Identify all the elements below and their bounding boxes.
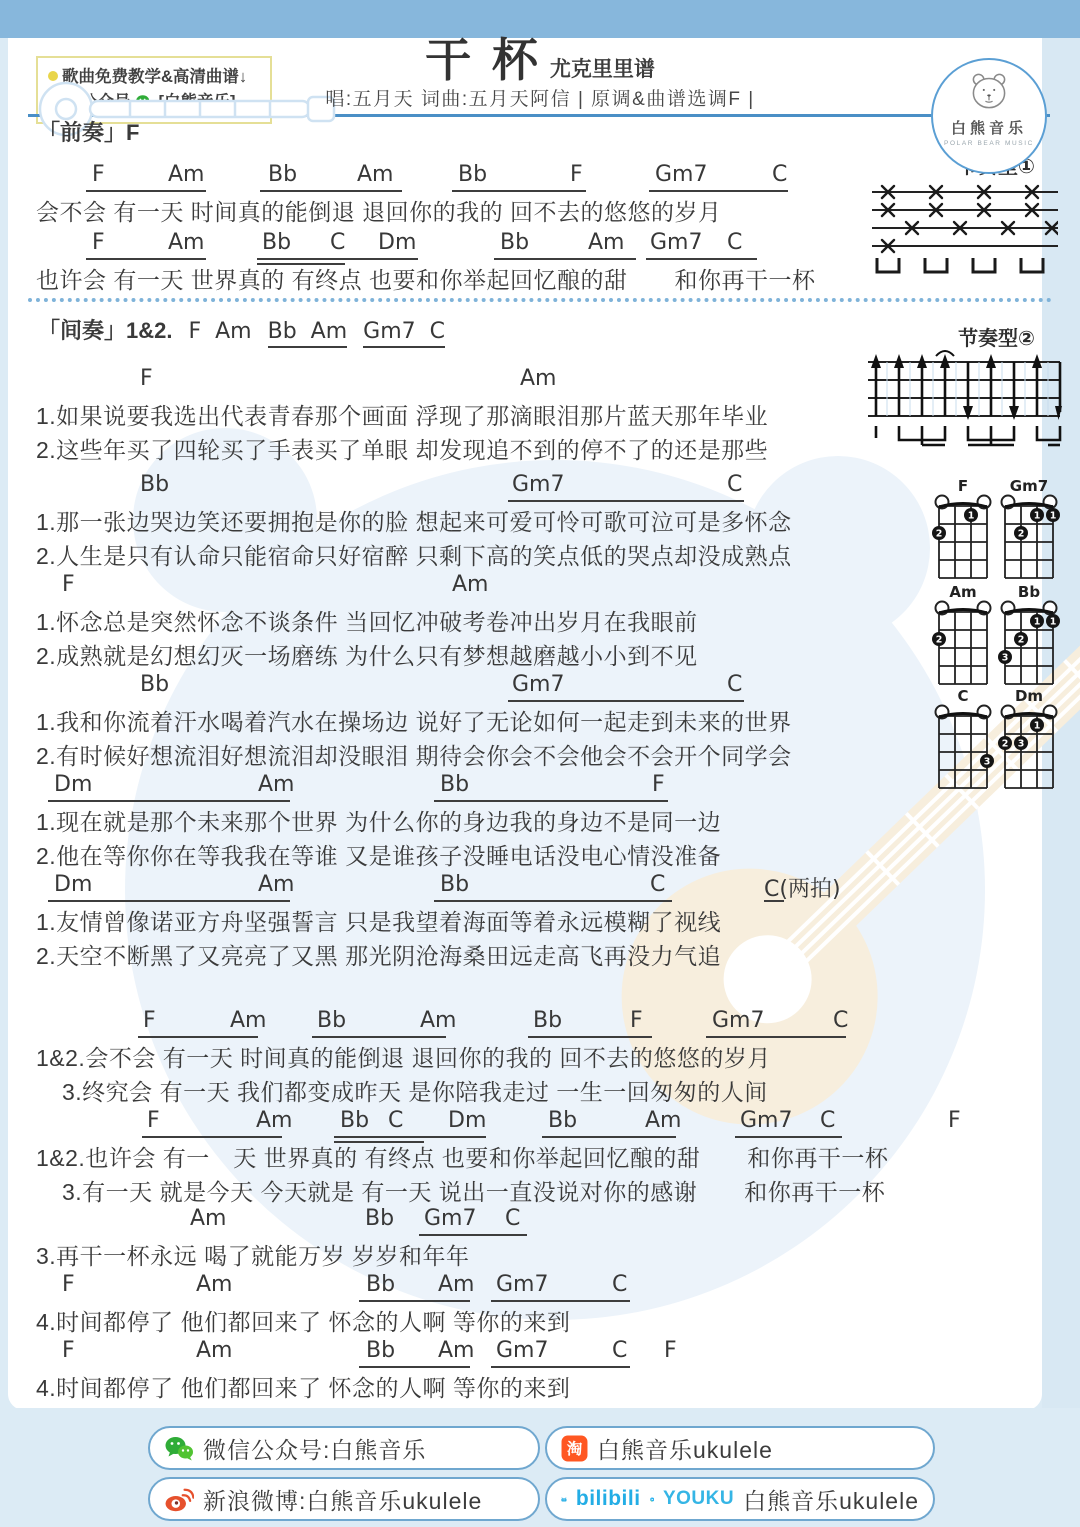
chord-label: F xyxy=(92,162,105,187)
chord-row: FAm xyxy=(0,572,1060,604)
lyric-line: 3.再干一杯永远 喝了就能万岁 岁岁和年年 xyxy=(36,1238,469,1271)
chord-label: Am xyxy=(645,1108,681,1133)
section-divider xyxy=(28,298,1052,302)
chord-row: BbGm7C xyxy=(0,672,1060,704)
chord-label: Gm7 xyxy=(712,1008,764,1033)
lyric-line: 1.那一张边哭边笑还要拥抱是你的脸 想起来可爱可怜可歌可泣可是多怀念 xyxy=(36,504,792,537)
taobao-pill-text: 白熊音乐ukulele xyxy=(597,1432,773,1465)
weibo-icon xyxy=(164,1486,194,1512)
chord-label: Am xyxy=(190,1206,226,1231)
lyric-line: 4.时间都停了 他们都回来了 怀念的人啊 等你的来到 xyxy=(36,1370,570,1403)
taobao-pill: 淘 白熊音乐ukulele xyxy=(545,1426,935,1470)
chord-underline xyxy=(528,1036,652,1038)
lyric-line: 1.我和你流着汗水喝着汽水在操场边 说好了无论如何一起走到未来的世界 xyxy=(36,704,792,737)
chord-underline xyxy=(491,1300,630,1302)
lyric-line: 会不会 有一天 时间真的能倒退 退回你的我的 回不去的悠悠的岁月 xyxy=(36,194,722,227)
chord-label: Bb xyxy=(366,1338,395,1363)
chord-row: BbGm7C xyxy=(0,472,1060,504)
lyric-line: 2.有时候好想流泪好想流泪却没眼泪 期待会你会不会他会不会开个同学会 xyxy=(36,738,792,771)
chord-label: C xyxy=(612,1338,627,1363)
chord-label: C(两拍) xyxy=(764,872,841,903)
lyric-line: 1&2.会不会 有一天 时间真的能倒退 退回你的我的 回不去的悠悠的岁月 xyxy=(36,1040,771,1073)
chord-label: Gm7 xyxy=(650,230,702,255)
chord-label: F xyxy=(652,772,665,797)
chord-label: Gm7 xyxy=(496,1338,548,1363)
chord-underline xyxy=(48,900,290,902)
chord-label: Dm xyxy=(448,1108,486,1133)
chord-underline xyxy=(491,1366,630,1368)
bilibili-wordmark: bilibili xyxy=(576,1487,641,1511)
chord-label: C xyxy=(330,230,345,255)
chord-label: F xyxy=(62,572,75,597)
chord-underline xyxy=(260,190,402,192)
chord-label: Am xyxy=(168,230,204,255)
chord-row: FAmBbAmGm7CF xyxy=(0,1338,1060,1370)
chord-label: Bb xyxy=(340,1108,369,1133)
svg-text:淘: 淘 xyxy=(567,1439,583,1458)
chord-underline xyxy=(434,900,672,902)
lyric-line: 2.成熟就是幻想幻灭一场磨练 为什么只有梦想越磨越小小到不见 xyxy=(36,638,698,671)
chord-label: C xyxy=(820,1108,835,1133)
chord-label: Bb xyxy=(440,772,469,797)
chord-label: C xyxy=(650,872,665,897)
chord-label: F xyxy=(140,366,153,391)
weibo-pill-text: 新浪微博:白熊音乐ukulele xyxy=(203,1483,482,1516)
wechat-icon xyxy=(164,1435,194,1461)
chord-group: F Am xyxy=(188,319,251,344)
chord-label: C xyxy=(727,230,742,255)
chord-label: Am xyxy=(196,1338,232,1363)
lyric-line: 2.天空不断黑了又亮亮了又黑 那光阴沧海桑田远走高飞再没力气追 xyxy=(36,938,721,971)
chord-underline xyxy=(419,1234,527,1236)
chord-row: FAmBbAmBbFGm7C xyxy=(0,1008,1060,1040)
lyric-line: 1.如果说要我选出代表青春那个画面 浮现了那滴眼泪那片蓝天那年毕业 xyxy=(36,398,768,431)
chord-label: Bb xyxy=(500,230,529,255)
chord-label: C xyxy=(612,1272,627,1297)
lyric-line: 2.他在等你你在等我我在等谁 又是谁孩子没睡电话没电心情没准备 xyxy=(36,838,721,871)
chord-label: Gm7 xyxy=(655,162,707,187)
chord-label: Bb xyxy=(268,162,297,187)
chord-underline xyxy=(334,1136,486,1138)
lyric-line: 1.友情曾像诺亚方舟坚强誓言 只是我望着海面等着永远模糊了视线 xyxy=(36,904,721,937)
chord-underline xyxy=(257,258,418,260)
youku-wordmark: YOUKU xyxy=(663,1488,734,1510)
chord-row: FAm xyxy=(0,366,1060,398)
chord-label: F xyxy=(143,1008,156,1033)
chord-underline xyxy=(142,1136,282,1138)
chord-label: Gm7 xyxy=(424,1206,476,1231)
chord-label: Am xyxy=(230,1008,266,1033)
lyric-line: 也许会 有一天 世界真的 有终点 也要和你举起回忆酿的甜 和你再干一杯 xyxy=(36,262,816,295)
chord-label: F xyxy=(92,230,105,255)
weibo-pill: 新浪微博:白熊音乐ukulele xyxy=(148,1477,540,1521)
chord-label: Am xyxy=(357,162,393,187)
chord-label: Gm7 xyxy=(512,672,564,697)
chord-label: F xyxy=(948,1108,961,1133)
chord-underline xyxy=(138,1036,258,1038)
lyric-line: 3.有一天 就是今天 今天就是 有一天 说出一直没说对你的感谢 和你再干一杯 xyxy=(62,1174,885,1207)
chord-underline xyxy=(86,190,206,192)
lyric-line: 2.人生是只有认命只能宿命只好宿醉 只剩下高的笑点低的哭点却没成熟点 xyxy=(36,538,792,571)
lyric-line: 1&2.也许会 有一 天 世界真的 有终点 也要和你举起回忆酿的甜 和你再干一杯 xyxy=(36,1140,888,1173)
chord-label: Bb xyxy=(533,1008,562,1033)
chord-label: C xyxy=(833,1008,848,1033)
chord-underline xyxy=(764,900,784,902)
chord-underline xyxy=(706,1036,846,1038)
chord-underline xyxy=(649,190,788,192)
chord-row: AmBbGm7C xyxy=(0,1206,1060,1238)
chord-label: Bb xyxy=(317,1008,346,1033)
chord-label: Bb xyxy=(458,162,487,187)
chord-group: Bb Am xyxy=(268,319,348,348)
chord-label: Am xyxy=(258,872,294,897)
chord-label: Am xyxy=(258,772,294,797)
section-label: 「前奏」F xyxy=(38,116,139,147)
lyric-line: 2.这些年买了四轮买了手表买了单眼 却发现追不到的停不了的还是那些 xyxy=(36,432,768,465)
chord-sheet-page: { "header": { "promo_line1": "歌曲免费教学&高清曲… xyxy=(0,0,1080,1527)
chord-underline xyxy=(646,258,757,260)
chord-label: Dm xyxy=(54,872,92,897)
lyric-line: 4.时间都停了 他们都回来了 怀念的人啊 等你的来到 xyxy=(36,1304,570,1337)
chord-label: Bb xyxy=(365,1206,394,1231)
chord-label: F xyxy=(147,1108,160,1133)
interlude-line: 「间奏」1&2.F AmBb AmGm7 C xyxy=(38,314,445,348)
chord-group: Gm7 C xyxy=(363,319,445,348)
chord-label: C xyxy=(388,1108,403,1133)
chord-label: C xyxy=(727,472,742,497)
chord-label: F xyxy=(664,1338,677,1363)
chord-label: Am xyxy=(452,572,488,597)
video-platforms-pill: bilibili YOUKU 白熊音乐ukulele xyxy=(545,1477,935,1521)
taobao-icon: 淘 xyxy=(561,1435,588,1462)
lyric-line: 1.怀念总是突然怀念不谈条件 当回忆冲破考卷冲出岁月在我眼前 xyxy=(36,604,698,637)
chord-label: Am xyxy=(438,1272,474,1297)
chord-row: DmAmBbF xyxy=(0,772,1060,804)
chord-label: F xyxy=(630,1008,643,1033)
chord-label: Dm xyxy=(54,772,92,797)
chord-label: C xyxy=(505,1206,520,1231)
chord-label: Dm xyxy=(378,230,416,255)
chord-row: FAmBbCDmBbAmGm7C xyxy=(0,230,1060,262)
chord-label: Gm7 xyxy=(512,472,564,497)
chord-label: Bb xyxy=(440,872,469,897)
chord-label: Am xyxy=(168,162,204,187)
bilibili-icon xyxy=(561,1488,567,1511)
chord-label: Am xyxy=(420,1008,456,1033)
chord-underline xyxy=(86,258,206,260)
youku-icon xyxy=(650,1489,654,1510)
chord-underline xyxy=(359,1366,470,1368)
wechat-pill: 微信公众号:白熊音乐 xyxy=(148,1426,540,1470)
video-pill-text: 白熊音乐ukulele xyxy=(743,1483,919,1516)
footer-bar: 微信公众号:白熊音乐 淘 白熊音乐ukulele 新浪微博:白熊音乐ukulel… xyxy=(0,1408,1080,1527)
chord-label: Gm7 xyxy=(496,1272,548,1297)
chord-label: Bb xyxy=(140,672,169,697)
chord-label: C xyxy=(772,162,787,187)
wechat-pill-text: 微信公众号:白熊音乐 xyxy=(203,1432,426,1465)
chord-label: F xyxy=(62,1272,75,1297)
chord-label: Gm7 xyxy=(740,1108,792,1133)
chord-label: F xyxy=(570,162,583,187)
chord-label: Am xyxy=(256,1108,292,1133)
chord-underline xyxy=(48,800,290,802)
chord-underline xyxy=(508,500,744,502)
chord-underline xyxy=(312,1036,446,1038)
chord-label: F xyxy=(62,1338,75,1363)
chord-label: Bb xyxy=(262,230,291,255)
chord-underline xyxy=(735,1136,842,1138)
chord-label: Am xyxy=(520,366,556,391)
chord-underline xyxy=(508,700,744,702)
chord-label: Bb xyxy=(140,472,169,497)
chord-underline xyxy=(434,800,668,802)
chord-label: C xyxy=(727,672,742,697)
chord-row: FAmBbCDmBbAmGm7CF xyxy=(0,1108,1060,1140)
chord-label: Am xyxy=(588,230,624,255)
chord-underline xyxy=(452,190,586,192)
lyric-line: 1.现在就是那个未来那个世界 为什么你的身边我的身边不是同一边 xyxy=(36,804,721,837)
chord-underline xyxy=(359,1300,470,1302)
chord-label: Bb xyxy=(548,1108,577,1133)
chord-label: Am xyxy=(196,1272,232,1297)
chord-row: FAmBbAmGm7C xyxy=(0,1272,1060,1304)
song-body: 「前奏」FFAmBbAmBbFGm7C会不会 有一天 时间真的能倒退 退回你的我… xyxy=(0,0,1080,1527)
chord-label: Am xyxy=(438,1338,474,1363)
lyric-line: 3.终究会 有一天 我们都变成昨天 是你陪我走过 一生一回匆匆的人间 xyxy=(62,1074,768,1107)
chord-underline xyxy=(542,1136,676,1138)
chord-underline xyxy=(494,258,636,260)
chord-label: Bb xyxy=(366,1272,395,1297)
interlude-label: 「间奏」1&2. xyxy=(38,314,172,345)
chord-row: FAmBbAmBbFGm7C xyxy=(0,162,1060,194)
chord-row: DmAmBbCC(两拍) xyxy=(0,872,1060,904)
